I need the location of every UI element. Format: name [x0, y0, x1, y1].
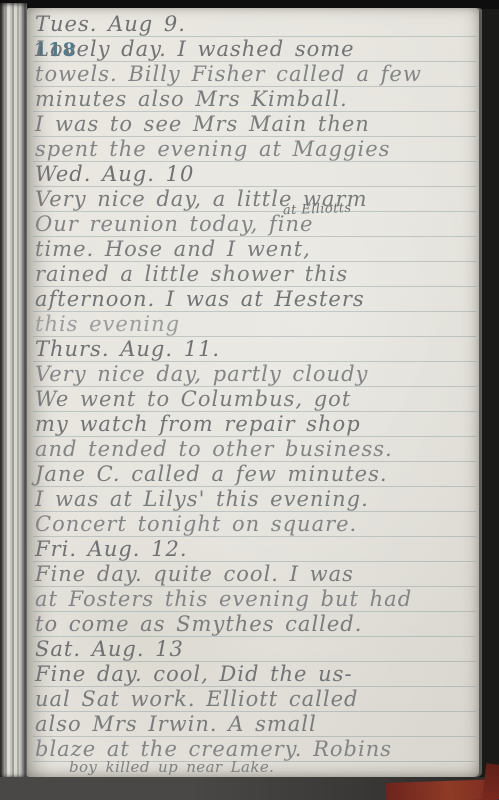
diary-line: Fine day. cool, Did the us-: [33, 662, 476, 687]
diary-date-heading: Thurs. Aug. 11.: [33, 337, 476, 362]
diary-line: my watch from repair shop: [33, 412, 476, 437]
diary-line: afternoon. I was at Hesters: [33, 287, 476, 312]
diary-line: Jane C. called a few minutes.: [33, 462, 476, 487]
diary-date-heading: Tues. Aug 9.: [33, 12, 476, 37]
diary-line-squeezed: boy killed up near Lake.: [33, 759, 476, 777]
diary-date-heading: Fri. Aug. 12.: [33, 537, 476, 562]
diary-line: time. Hose and I went,: [33, 237, 476, 262]
diary-line: We went to Columbus, got: [33, 387, 476, 412]
red-book-cover-edge: [482, 763, 499, 800]
book-binding: [0, 3, 27, 778]
diary-date-heading: Sat. Aug. 13: [33, 637, 476, 662]
diary-photo: 118 at Elliotts Tues. Aug 9. Lovely day.…: [0, 0, 499, 800]
diary-line: Our reunion today, fine: [33, 212, 476, 237]
diary-page: 118 at Elliotts Tues. Aug 9. Lovely day.…: [27, 8, 479, 777]
diary-line: at Fosters this evening but had: [33, 587, 476, 612]
diary-text: Tues. Aug 9. Lovely day. I washed some t…: [33, 12, 476, 775]
diary-line: I was at Lilys' this evening.: [33, 487, 476, 512]
diary-line: this evening: [33, 312, 476, 337]
diary-line: to come as Smythes called.: [33, 612, 476, 637]
diary-line: minutes also Mrs Kimball.: [33, 87, 476, 112]
diary-line: Concert tonight on square.: [33, 512, 476, 537]
diary-line: towels. Billy Fisher called a few: [33, 62, 476, 87]
diary-line: Fine day. quite cool. I was: [33, 562, 476, 587]
diary-line: rained a little shower this: [33, 262, 476, 287]
diary-line: and tended to other business.: [33, 437, 476, 462]
diary-line: Very nice day, partly cloudy: [33, 362, 476, 387]
diary-line: spent the evening at Maggies: [33, 137, 476, 162]
diary-line: ual Sat work. Elliott called: [33, 687, 476, 712]
diary-line: Very nice day, a little warm: [33, 187, 476, 212]
diary-date-heading: Wed. Aug. 10: [33, 162, 476, 187]
diary-line: Lovely day. I washed some: [33, 37, 476, 62]
diary-line: also Mrs Irwin. A small: [33, 712, 476, 737]
diary-line: I was to see Mrs Main then: [33, 112, 476, 137]
